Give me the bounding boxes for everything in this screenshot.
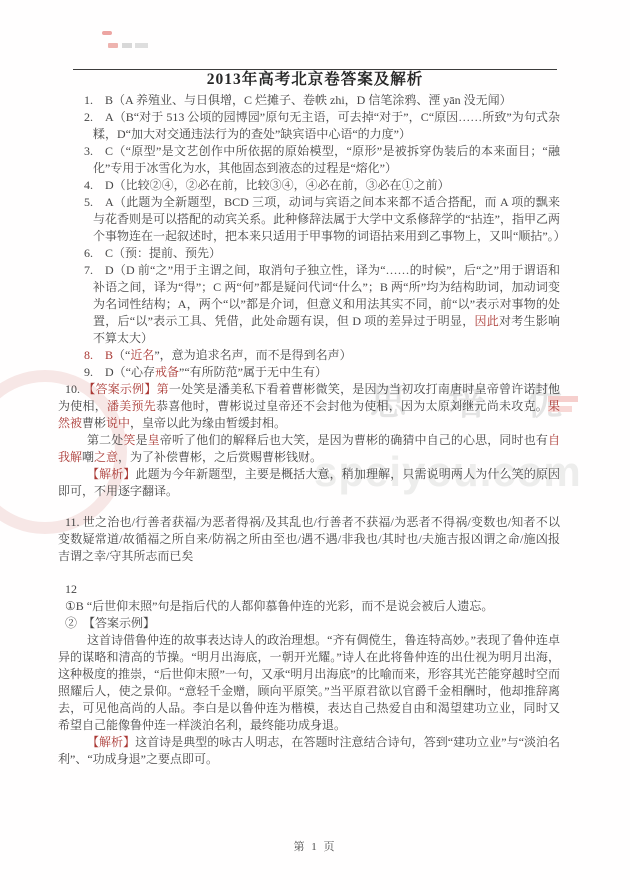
body-text: （“ [113, 348, 130, 362]
body-text: 帝听了他们的解释后也大笑，是因为曹彬的确猜中自己的心思，同时也有 [160, 433, 548, 447]
document-body: 1.B（A 养殖业、与日俱增，C 烂摊子、卷帙 zhi，D 信笔涂鸦、湮 yān… [0, 92, 630, 768]
document-page: 思培优 speiyou.com 2013年高考北京卷答案及解析 1.B（A 养殖… [0, 0, 630, 890]
item-number: 8. [84, 347, 93, 364]
highlighted-red-text: 皇 [148, 433, 160, 447]
body-text: 第二处 [87, 433, 123, 447]
item-number: 10. [65, 382, 80, 396]
item-number: 11. [65, 515, 80, 529]
item-number: 5. [84, 194, 93, 211]
body-text: A（B“对于 513 公顷的园博园”原句无主语，可去掉“对于”，C“原因……所致… [93, 110, 560, 141]
body-text: 12 [65, 582, 77, 596]
q12-analysis: 【解析】这首诗是典型的咏古人明志，在答题时注意结合诗句，答到“建功立业”与“淡泊… [58, 734, 560, 768]
body-text: 世之治也/行善者获福/为恶者得祸/及其乱也/行善者不获福/为恶者不得祸/变数也/… [58, 515, 560, 563]
q12-part2-label: ② 【答案示例】 [58, 615, 560, 632]
page-title: 2013年高考北京卷答案及解析 [0, 67, 630, 89]
highlighted-red-text: 之意 [94, 450, 118, 464]
highlighted-red-text: B [105, 348, 113, 362]
body-text: B（A 养殖业、与日俱增，C 烂摊子、卷帙 zhi，D 信笔涂鸦、湮 yān 没… [105, 93, 512, 107]
highlighted-red-text: 说中 [106, 416, 130, 430]
highlighted-red-text: 笑 [123, 433, 135, 447]
q2-answer: 2.A（B“对于 513 公顷的园博园”原句无主语，可去掉“对于”，C“原因……… [58, 109, 560, 143]
highlighted-red-text: 【解析】 [87, 735, 135, 749]
item-number: 6. [84, 245, 93, 262]
q10-answer-example: 10.【答案示例】第一处笑是潘美私下看着曹彬微笑，是因为当初攻打南唐时皇帝曾许诺… [58, 381, 560, 432]
body-text: C（预：提前、预先） [105, 246, 221, 260]
highlighted-red-text: 近名 [130, 348, 154, 362]
q6-answer: 6.C（预：提前、预先） [58, 245, 560, 262]
item-number: 4. [84, 177, 93, 194]
highlighted-red-text: 潘美预先 [107, 399, 156, 413]
item-number: 2. [84, 109, 93, 126]
body-text: D（“心存 [105, 365, 155, 379]
faint-scanned-logo [98, 28, 168, 54]
q1-answer: 1.B（A 养殖业、与日俱增，C 烂摊子、卷帙 zhi，D 信笔涂鸦、湮 yān… [58, 92, 560, 109]
body-text: ② 【答案示例】 [65, 616, 155, 630]
item-number: 3. [84, 143, 93, 160]
logo-gray-text-fragment [135, 43, 148, 48]
highlighted-red-text: 【解析】 [87, 467, 136, 481]
item-number: 1. [84, 92, 93, 109]
q10-analysis: 【解析】此题为今年新题型，主要是概括大意，稍加理解，只需说明两人为什么笑的原因即… [58, 466, 560, 500]
item-number: 9. [84, 364, 93, 381]
body-text: 恭喜他时，曹彬说过皇帝还不会封他为使相，因为太原刘继元尚未攻克。 [156, 399, 548, 413]
q12-answer-example: 这首诗借鲁仲连的故事表达诗人的政治理想。“齐有倜傥生，鲁连特高妙。”表现了鲁仲连… [58, 632, 560, 734]
body-text: ”，意为追求名声，而不是得到名声） [154, 348, 351, 362]
body-text: 是 [136, 433, 148, 447]
highlighted-red-text: 因此 [474, 314, 499, 328]
body-text: C（“原型”是文艺创作中所依据的原始模型，“原形”是被拆穿伪装后的本来面目；“融… [93, 144, 560, 175]
logo-red-mark-icon [102, 31, 112, 35]
q7-answer: 7.D（D 前“之”用于主谓之间，取消句子独立性，译为“……的时候”，后“之”用… [58, 262, 560, 347]
body-text: 这首诗借鲁仲连的故事表达诗人的政治理想。“齐有倜傥生，鲁连特高妙。”表现了鲁仲连… [58, 633, 560, 732]
body-text: ”“有所防范”属于无中生有） [179, 365, 327, 379]
q12-header: 12 [58, 581, 560, 598]
q3-answer: 3.C（“原型”是文艺创作中所依据的原始模型，“原形”是被拆穿伪装后的本来面目；… [58, 143, 560, 177]
highlighted-red-text: 戒备 [155, 365, 179, 379]
body-text: ①B “后世仰末照”句是指后代的人都仰慕鲁仲连的光彩，而不是说会被后人遗忘。 [65, 599, 493, 613]
body-text: A（此题为全新题型，BCD 三项，动词与宾语之间本来都不适合搭配，而 A 项的飘… [93, 195, 566, 243]
item-number: 7. [84, 262, 93, 279]
body-text: 嘲 [82, 450, 94, 464]
q4-answer: 4.D（比较②④，②必在前，比较③④，④必在前，③必在①之前） [58, 177, 560, 194]
logo-red-mark-icon [108, 43, 118, 48]
body-text: D（比较②④，②必在前，比较③④，④必在前，③必在①之前） [105, 178, 450, 192]
q5-answer: 5.A（此题为全新题型，BCD 三项，动词与宾语之间本来都不适合搭配，而 A 项… [58, 194, 560, 245]
q12-part1-answer: ①B “后世仰末照”句是指后代的人都仰慕鲁仲连的光彩，而不是说会被后人遗忘。 [58, 598, 560, 615]
q9-answer: 9.D（“心存戒备”“有所防范”属于无中生有） [58, 364, 560, 381]
q8-answer: 8.B（“近名”，意为追求名声，而不是得到名声） [58, 347, 560, 364]
body-text: 曹彬 [82, 416, 106, 430]
q11-answer: 11.世之治也/行善者获福/为恶者得祸/及其乱也/行善者不获福/为恶者不得祸/变… [58, 514, 560, 565]
logo-gray-text-fragment [122, 43, 132, 48]
q10-answer-example-2: 第二处笑是皇帝听了他们的解释后也大笑，是因为曹彬的确猜中自己的心思，同时也有自我… [58, 432, 560, 466]
page-number: 第 1 页 [0, 838, 630, 854]
highlighted-red-text: 【答案示例】第 [83, 382, 169, 396]
body-text: ，皇帝以此为缘由暂缓封相。 [130, 416, 286, 430]
body-text: ，为了补偿曹彬，之后赏赐曹彬钱财。 [118, 450, 322, 464]
